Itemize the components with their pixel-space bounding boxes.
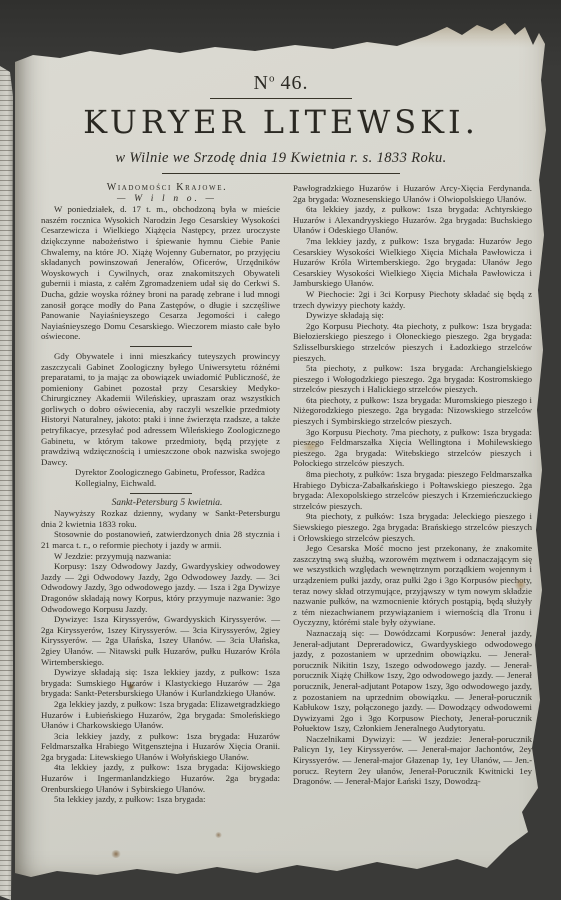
wilno-heading: — W i l n o. —: [41, 194, 280, 205]
previous-page-edge: [0, 66, 13, 900]
paragraph: 9ta piechoty, z pułków: 1sza brygada: Je…: [293, 511, 532, 543]
paragraph: 3go Korpusu Piechoty. 7ma piechoty, z pu…: [293, 427, 532, 469]
paragraph: Stosownie do postanowień, zatwierdzonych…: [41, 529, 280, 550]
paragraph: Pawłogradzkiego Huzarów i Huzarów Arcy-X…: [293, 183, 532, 204]
section-divider: [130, 346, 192, 347]
paragraph: Korpusy: 1szy Odwodowy Jazdy, Gwardyyski…: [41, 561, 280, 614]
paragraph: 4ta lekkiey jazdy, z pułkow: 1sza brygad…: [41, 762, 280, 794]
paragraph: 6ta lekkiey jazdy, z pułkow: 1sza brygad…: [293, 204, 532, 236]
masthead-rule-top: [210, 98, 352, 99]
paragraph: 3cia lekkiey jazdy, z pułkow: 1sza bryga…: [41, 731, 280, 763]
paragraph: 8ma piechoty, z pułków: 1sza brygada: pi…: [293, 469, 532, 511]
newspaper-title: KURYER LITEWSKI.: [15, 103, 547, 141]
paragraph: 2go Korpusu Piechoty. 4ta piechoty, z pu…: [293, 321, 532, 363]
masthead: No 46. KURYER LITEWSKI. w Wilnie we Srzo…: [15, 20, 547, 174]
paragraph: 6ta piechoty, z pułkow: 1sza brygada: Mu…: [293, 395, 532, 427]
issue-number: No 46.: [15, 72, 547, 95]
paragraph: Naywyższy Rozkaz dzienny, wydany w Sankt…: [41, 508, 280, 529]
dateline: w Wilnie we Srzodę dnia 19 Kwietnia r. s…: [15, 150, 547, 167]
paragraph: W poniedziałek, d. 17 t. m., obchodzoną …: [41, 204, 280, 342]
paragraph: 2ga lekkiey jazdy, z pułkow: 1sza brygad…: [41, 699, 280, 731]
photo-backdrop: { "masthead": { "issue_prefix": "N", "is…: [0, 0, 561, 900]
paragraph: W Piechocie: 2gi i 3ci Korpusy Piechoty …: [293, 289, 532, 310]
paragraph: 5ta lekkiey jazdy, z pułkow: 1sza brygad…: [41, 794, 280, 805]
paragraph: W Jezdzie: przyymują nazwania:: [41, 551, 280, 562]
paragraph: Dywizye składają się: 1sza lekkiey jazdy…: [41, 667, 280, 699]
paragraph: Gdy Obywatele i inni mieszkańcy tuteyszy…: [41, 351, 280, 468]
right-column: Pawłogradzkiego Huzarów i Huzarów Arcy-X…: [293, 183, 532, 838]
left-column: Wiadomości Krajowe. — W i l n o. — W pon…: [41, 183, 280, 838]
section-divider: [130, 493, 192, 494]
signature-paragraph: Dyrektor Zoologicznego Gabinetu, Profess…: [41, 467, 280, 488]
paragraph: Naczelnikami Dywizyi: — W jezdzie: Jener…: [293, 734, 532, 787]
text-columns: Wiadomości Krajowe. — W i l n o. — W pon…: [41, 183, 532, 838]
petersburg-heading: Sankt-Petersburg 5 kwietnia.: [41, 498, 280, 509]
stain: [111, 850, 121, 858]
paragraph: 5ta piechoty, z pułkow: 1sza brygada: Ar…: [293, 363, 532, 395]
paragraph: Jego Cesarska Mość mocno jest przekonany…: [293, 543, 532, 628]
paragraph: Dywizye: 1sza Kiryssyerów, Gwardyyskich …: [41, 614, 280, 667]
paragraph: 7ma lekkiey jazdy, z pułkow: 1sza brygad…: [293, 236, 532, 289]
newspaper-page: No 46. KURYER LITEWSKI. w Wilnie we Srzo…: [15, 20, 547, 882]
paragraph: Naznaczają się: — Dowódzcami Korpusów: J…: [293, 628, 532, 734]
paragraph: Dywizye składają się:: [293, 310, 532, 321]
section-kicker: Wiadomości Krajowe.: [41, 183, 280, 194]
masthead-rule-bottom: [162, 173, 400, 174]
